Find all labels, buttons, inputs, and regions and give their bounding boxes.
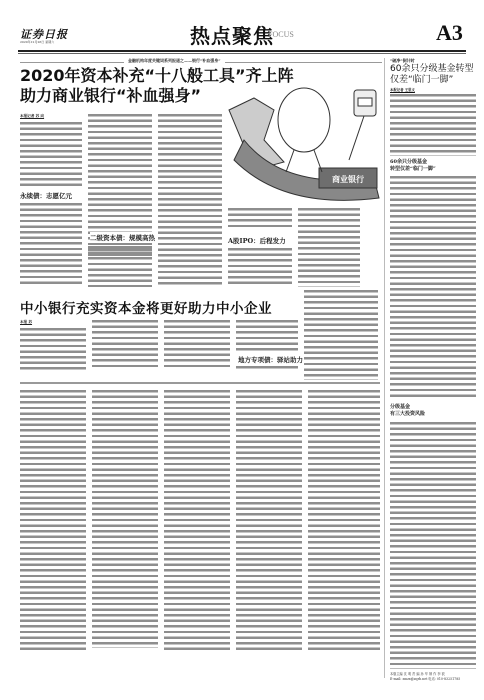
lower-text-col5	[308, 390, 380, 650]
second-text-col3	[164, 320, 230, 370]
second-byline: 本报 苏	[20, 320, 32, 325]
issue-date: 2020年12月26日 星期六	[20, 40, 54, 44]
article-text-col5	[298, 208, 360, 287]
article-text-col3	[158, 114, 222, 287]
article-text-col1a	[20, 122, 82, 186]
article-text-col1b	[20, 203, 82, 287]
second-text-col4b	[236, 366, 298, 370]
series-kicker: 金融机构年度关键词系列报道之——银行“补血强身”	[124, 58, 225, 64]
masthead-rule	[18, 50, 466, 52]
article-text-col4b	[228, 248, 292, 287]
sidebar-subhead-2-line2: 有三大投资风险	[390, 411, 425, 418]
sidebar-subhead-2: 分级基金 有三大投资风险	[390, 404, 425, 418]
sidebar-byline: 本报记者 王思文	[390, 87, 415, 92]
section-title-en: FOCUS	[268, 30, 294, 39]
subhead-special-bond: 地方专项债：驿站助力	[238, 355, 303, 364]
subhead-perpetual-bond: 永续债：志愿亿元	[20, 191, 72, 200]
sidebar-subhead-2-line1: 分级基金	[390, 404, 425, 411]
sidebar-subhead-1: 60余只分级基金 转型仅差“临门一脚”	[390, 159, 436, 173]
subhead-tier2-bond: 二级资本债：规模高热	[90, 232, 155, 243]
column-divider	[384, 58, 385, 678]
editor-separator	[390, 668, 476, 669]
article-text-col4a	[228, 208, 292, 228]
second-headline[interactable]: 中小银行充实资本金将更好助力中小企业	[20, 297, 272, 317]
sidebar-headline-line1: 60余只分级基金转型	[390, 64, 480, 75]
sidebar-text-b	[390, 176, 476, 400]
section-separator	[20, 382, 380, 384]
lower-text-col3	[164, 390, 230, 650]
main-text-col6	[304, 290, 378, 380]
page-number: A3	[436, 20, 463, 46]
sidebar-text-c	[390, 422, 476, 666]
editor-contact: E-mail: zmzx@zqrb.net 电话: 010-83251785	[390, 676, 460, 681]
sidebar-text-a	[390, 94, 476, 156]
illustration-label: 商业银行	[332, 174, 364, 184]
second-text-col2	[92, 320, 158, 370]
masthead-rule-thin	[18, 53, 466, 54]
main-byline: 本报记者 苏 向	[20, 114, 44, 119]
sidebar-subhead-1-line2: 转型仅差“临门一脚”	[390, 166, 436, 173]
lower-text-col4	[236, 390, 302, 650]
lower-text-col1	[20, 390, 86, 650]
sidebar-headline[interactable]: 60余只分级基金转型 仅差“临门一脚”	[390, 64, 480, 86]
subhead-ipo: A股IPO：后程发力	[228, 236, 286, 245]
second-text-col1	[20, 328, 86, 370]
sidebar-subhead-1-line1: 60余只分级基金	[390, 159, 436, 166]
section-title: 热点聚焦	[190, 20, 274, 49]
bank-capital-illustration: 商业银行	[224, 80, 384, 202]
sidebar-headline-line2: 仅差“临门一脚”	[390, 75, 480, 86]
article-text-col2b	[88, 246, 152, 287]
second-text-col4a	[236, 320, 298, 352]
lower-text-col2	[92, 390, 158, 648]
